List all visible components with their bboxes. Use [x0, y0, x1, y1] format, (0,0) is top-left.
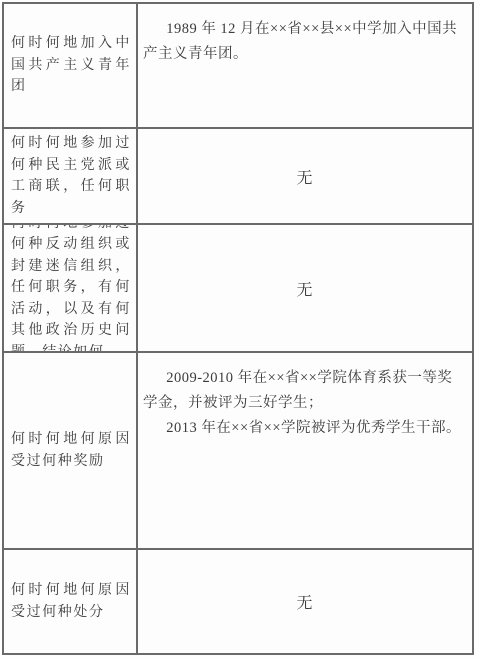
row-content-cell-punishments: 无: [138, 550, 472, 653]
content-value: 无: [296, 165, 313, 188]
row-label-cell-awards: 何时何地何原因受过何种奖励: [4, 353, 136, 548]
row-label: 何时何地参加过何种民主党派或工商联，任何职务: [11, 133, 131, 219]
row-label: 何时何地何原因受过何种奖励: [11, 429, 131, 472]
row-label-cell-punishments: 何时何地何原因受过何种处分: [4, 550, 136, 653]
row-content-cell-awards: 2009-2010 年在××省××学院体育系获一等奖学金，并被评为三好学生； 2…: [138, 353, 472, 548]
row-label: 何时何地加入中国共产主义青年团: [11, 33, 131, 98]
row-content-cell-youth-league: 1989 年 12 月在××省××县××中学加入中国共产主义青年团。: [138, 4, 472, 127]
form-page: 何时何地加入中国共产主义青年团 1989 年 12 月在××省××县××中学加入…: [0, 0, 479, 658]
row-content-cell-reactionary-org: 无: [138, 225, 472, 351]
content-value: 无: [296, 277, 313, 300]
content-paragraph: 2009-2010 年在××省××学院体育系获一等奖学金，并被评为三好学生；: [143, 366, 464, 416]
form-table: 何时何地加入中国共产主义青年团 1989 年 12 月在××省××县××中学加入…: [2, 2, 474, 655]
content-value: 无: [296, 590, 313, 613]
row-label: 何时何地参加过何种反动组织或封建迷信组织，任何职务，有何活动，以及有何其他政治历…: [11, 225, 131, 351]
content-paragraph: 1989 年 12 月在××省××县××中学加入中国共产主义青年团。: [143, 17, 464, 67]
row-content-cell-democratic-parties: 无: [138, 129, 472, 223]
content-paragraph: 2013 年在××省××学院被评为优秀学生干部。: [143, 416, 464, 441]
row-label-cell-democratic-parties: 何时何地参加过何种民主党派或工商联，任何职务: [4, 129, 136, 223]
row-label-cell-reactionary-org: 何时何地参加过何种反动组织或封建迷信组织，任何职务，有何活动，以及有何其他政治历…: [4, 225, 136, 351]
row-label-cell-youth-league: 何时何地加入中国共产主义青年团: [4, 4, 136, 127]
row-label: 何时何地何原因受过何种处分: [11, 580, 131, 623]
